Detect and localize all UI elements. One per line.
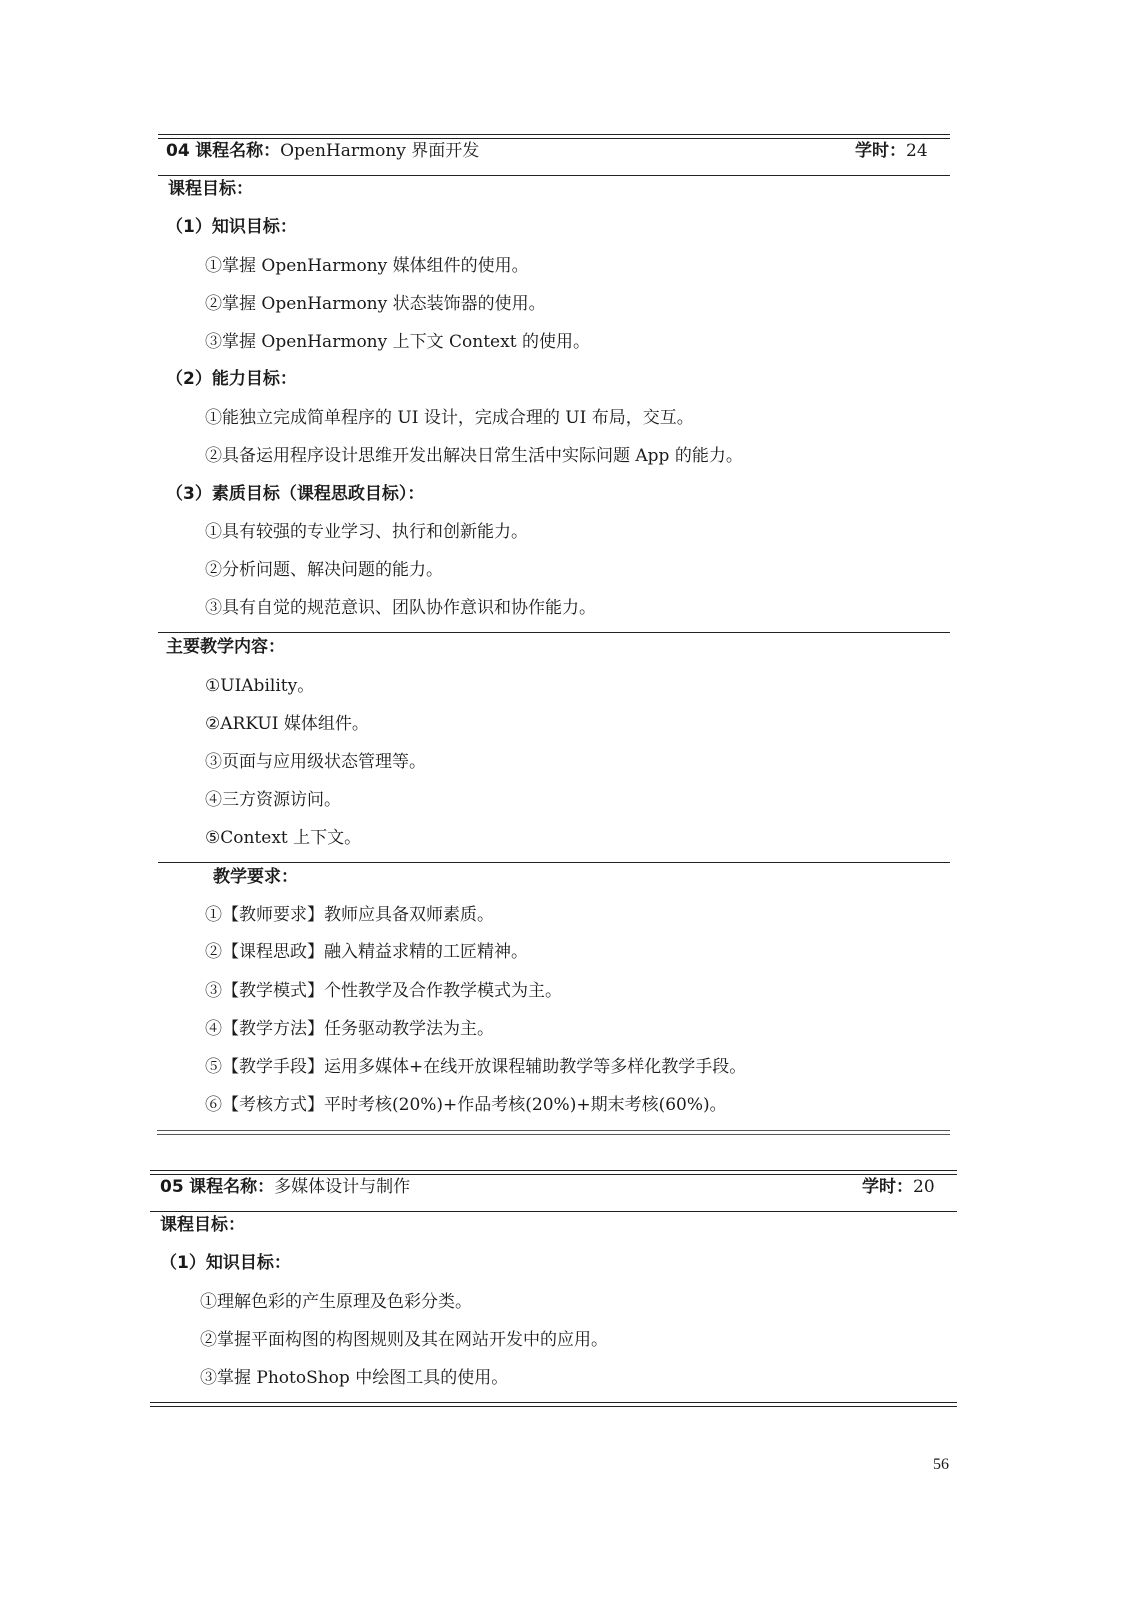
- course-04-content-item-2: ②ARKUI 媒体组件。: [205, 713, 369, 735]
- course-04-knowledge-item-1: ①掌握 OpenHarmony 媒体组件的使用。: [205, 255, 529, 277]
- course-05-number: 05: [160, 1177, 184, 1197]
- course-05-title-row: 05 课程名称：多媒体设计与制作: [160, 1176, 410, 1198]
- course-04-title-divider: [158, 175, 950, 176]
- course-04-name-label: 课程名称：: [195, 141, 280, 161]
- course-05-knowledge-item-2: ②掌握平面构图的构图规则及其在网站开发中的应用。: [200, 1329, 608, 1351]
- course-04-quality-item-3: ③具有自觉的规范意识、团队协作意识和协作能力。: [205, 597, 596, 619]
- course-04-requirement-6: ⑥【考核方式】平时考核(20%)+作品考核(20%)+期末考核(60%)。: [205, 1094, 727, 1116]
- course-04-requirements-divider: [158, 862, 950, 863]
- course-04-title-row: 04 课程名称：OpenHarmony 界面开发: [166, 140, 479, 162]
- course-05-name-label: 课程名称：: [189, 1177, 274, 1197]
- page-number: 56: [933, 1456, 949, 1474]
- course-05-knowledge-item-3: ③掌握 PhotoShop 中绘图工具的使用。: [200, 1367, 508, 1389]
- course-05-hours: 学时：20: [862, 1176, 935, 1198]
- course-04-hours-label: 学时：: [855, 141, 906, 161]
- course-04-quality-heading: （3）素质目标（课程思政目标）：: [166, 483, 424, 505]
- course-04-knowledge-heading: （1）知识目标：: [166, 216, 297, 238]
- course-04-hours-value: 24: [906, 141, 928, 161]
- course-04-quality-item-2: ②分析问题、解决问题的能力。: [205, 559, 443, 581]
- course-04-content-item-5: ⑤Context 上下文。: [205, 827, 361, 849]
- course-04-name: OpenHarmony 界面开发: [280, 141, 479, 161]
- course-04-knowledge-item-3: ③掌握 OpenHarmony 上下文 Context 的使用。: [205, 331, 590, 353]
- course-04-content-item-3: ③页面与应用级状态管理等。: [205, 751, 426, 773]
- course-05-top-rule: [150, 1170, 957, 1175]
- course-04-requirement-5: ⑤【教学手段】运用多媒体+在线开放课程辅助教学等多样化教学手段。: [205, 1056, 746, 1078]
- course-05-hours-value: 20: [913, 1177, 935, 1197]
- course-04-requirement-1: ①【教师要求】教师应具备双师素质。: [205, 904, 494, 926]
- course-04-content-divider: [158, 632, 950, 633]
- course-04-requirement-2: ②【课程思政】融入精益求精的工匠精神。: [205, 941, 528, 963]
- course-05-knowledge-item-1: ①理解色彩的产生原理及色彩分类。: [200, 1291, 472, 1313]
- course-04-objectives-heading: 课程目标：: [168, 178, 253, 200]
- course-05-name: 多媒体设计与制作: [274, 1177, 410, 1197]
- course-04-knowledge-item-2: ②掌握 OpenHarmony 状态装饰器的使用。: [205, 293, 546, 315]
- course-05-title-divider: [150, 1211, 957, 1212]
- course-04-content-item-4: ④三方资源访问。: [205, 789, 341, 811]
- course-05-objectives-heading: 课程目标：: [160, 1214, 245, 1236]
- course-04-ability-item-1: ①能独立完成简单程序的 UI 设计，完成合理的 UI 布局，交互。: [205, 407, 694, 429]
- course-04-quality-item-1: ①具有较强的专业学习、执行和创新能力。: [205, 521, 528, 543]
- course-04-requirements-heading: 教学要求：: [213, 866, 298, 888]
- course-04-ability-item-2: ②具备运用程序设计思维开发出解决日常生活中实际问题 App 的能力。: [205, 445, 743, 467]
- course-04-top-rule: [158, 134, 950, 139]
- course-04-number: 04: [166, 141, 190, 161]
- course-04-requirement-3: ③【教学模式】个性教学及合作教学模式为主。: [205, 980, 562, 1002]
- course-04-bottom-rule: [157, 1130, 950, 1135]
- course-04-requirement-4: ④【教学方法】任务驱动教学法为主。: [205, 1018, 494, 1040]
- course-04-ability-heading: （2）能力目标：: [166, 368, 297, 390]
- course-05-hours-label: 学时：: [862, 1177, 913, 1197]
- course-05-bottom-rule: [150, 1402, 957, 1407]
- course-05-knowledge-heading: （1）知识目标：: [160, 1252, 291, 1274]
- course-04-content-heading: 主要教学内容：: [166, 636, 285, 658]
- course-04-hours: 学时：24: [855, 140, 928, 162]
- course-04-content-item-1: ①UIAbility。: [205, 675, 314, 697]
